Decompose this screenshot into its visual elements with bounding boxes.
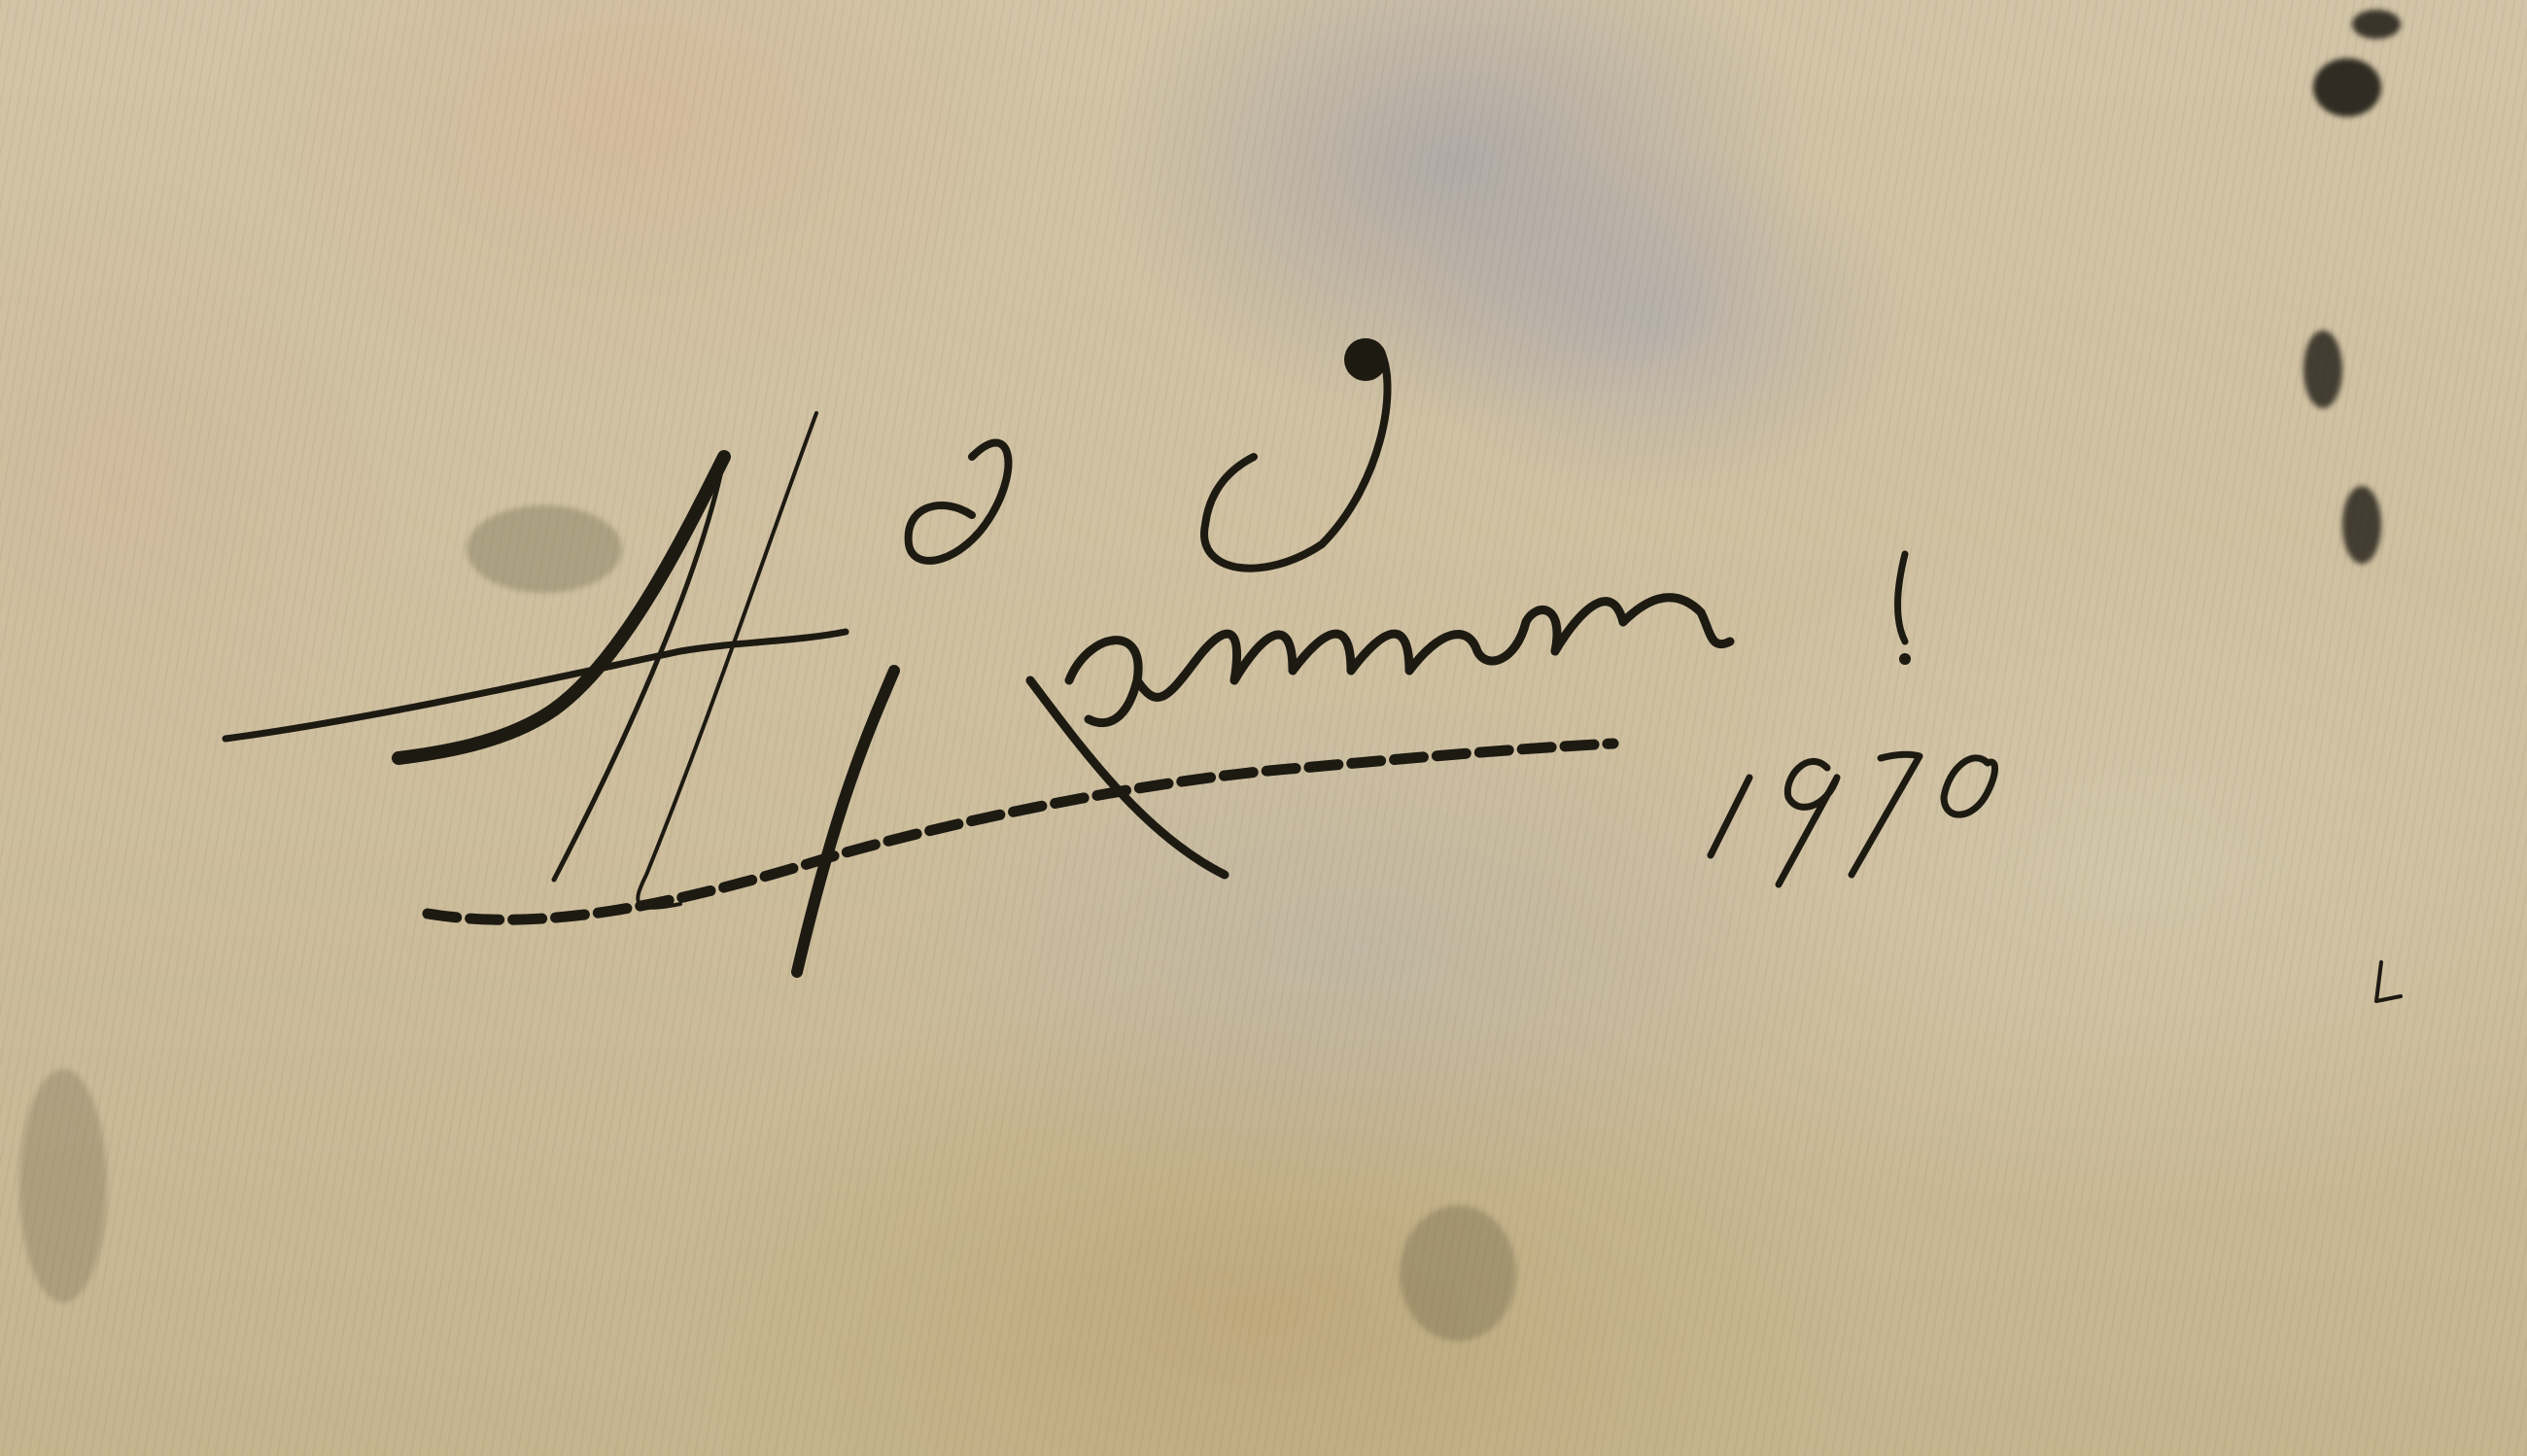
painted-canvas: Alb. Lammers 1970 [0, 0, 2527, 1456]
signature-drawing [0, 0, 2527, 1456]
ink-blot [1344, 338, 1387, 381]
